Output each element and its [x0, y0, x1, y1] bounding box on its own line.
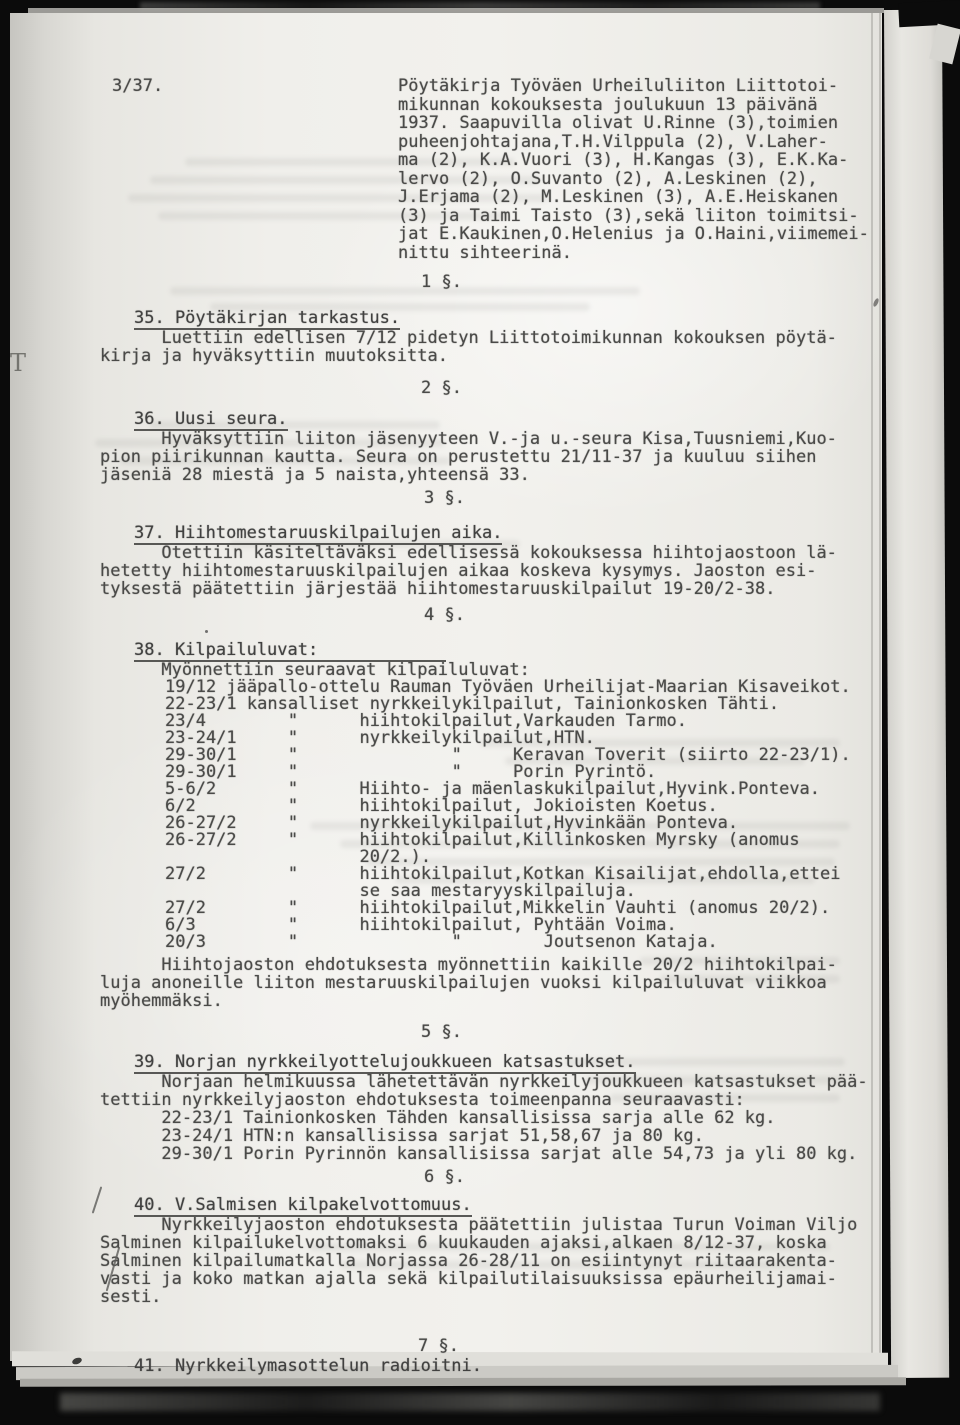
scanner-background-corner [898, 0, 960, 27]
section-39-heading: 39. Norjan nyrkkeilyottelujoukkueen kats… [134, 1053, 636, 1074]
bleedthrough-line [170, 287, 640, 295]
section-37-body: Otettiin käsiteltäväksi edellisessä koko… [100, 544, 837, 598]
section-36-body: Hyväksyttiin liiton jäsenyyteen V.-ja u.… [100, 430, 837, 484]
minutes-header-paragraph: Pöytäkirja Työväen Urheiluliiton Liittot… [398, 77, 869, 262]
page-fold-crease [879, 13, 881, 1361]
scanner-bottom-smudge [60, 1393, 880, 1411]
section-35-heading: 35. Pöytäkirjan tarkastus. [134, 309, 400, 330]
page-fold-crease [871, 13, 873, 1361]
section-35-body: Luettiin edellisen 7/12 pidetyn Liittoto… [100, 329, 837, 365]
section-40-heading: 40. V.Salmisen kilpakelvottomuus. [134, 1196, 472, 1217]
section-mark-3: 3 §. [424, 489, 465, 507]
underlying-page-edge [884, 10, 949, 1378]
case-number: 3/37. [112, 77, 163, 95]
competition-permit-list: 19/12 jääpallo-ottelu Rauman Työväen Urh… [165, 679, 851, 951]
section-36-heading: 36. Uusi seura. [134, 410, 288, 431]
section-37-heading: 37. Hiihtomestaruuskilpailujen aika. [134, 524, 502, 545]
section-mark-5: 5 §. [421, 1023, 462, 1041]
section-mark-4: 4 §. [424, 606, 465, 624]
ink-speck [205, 630, 208, 633]
stacked-pages-edge [20, 1377, 906, 1387]
section-39-body: Norjaan helmikuussa lähetettävän nyrkkei… [100, 1073, 868, 1163]
section-38-closing: Hiihtojaoston ehdotuksesta myönnettiin k… [100, 956, 837, 1010]
margin-letter-mark: T [10, 349, 26, 377]
section-mark-7: 7 §. [418, 1337, 459, 1355]
section-mark-2: 2 §. [421, 379, 462, 397]
section-41-heading: 41. Nyrkkeilymasottelun radioitni. [134, 1357, 482, 1375]
section-mark-6: 6 §. [424, 1168, 465, 1186]
section-38-heading: 38. Kilpailuluvat: [134, 641, 446, 662]
section-mark-1: 1 §. [421, 273, 462, 291]
section-40-body: Nyrkkeilyjaoston ehdotuksesta päätettiin… [100, 1216, 857, 1306]
